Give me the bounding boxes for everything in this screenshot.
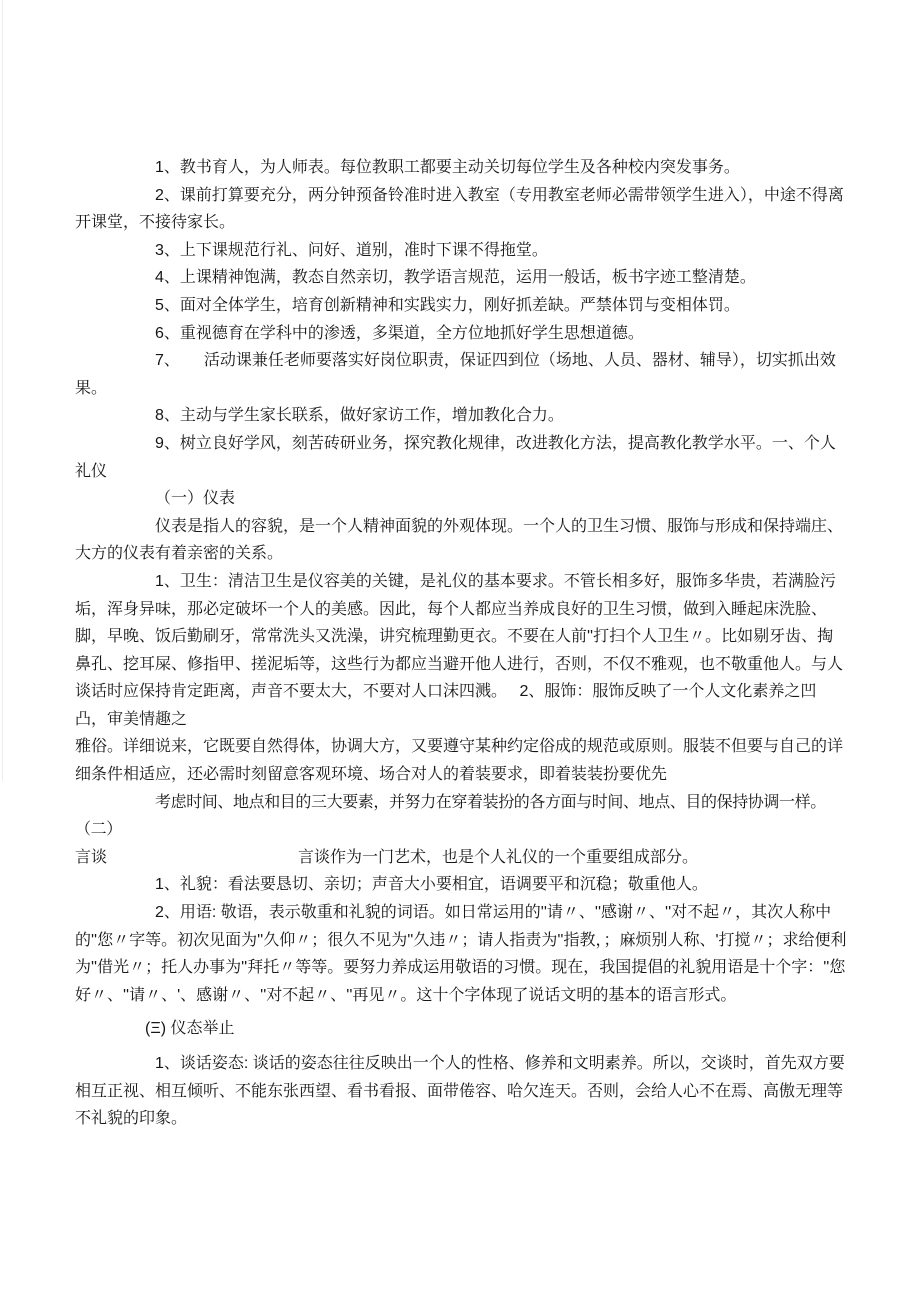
paragraph-dress-continued: 雅俗。详细说来，它既要自然得体，协调大方，又要遵守某种约定俗成的规范或原则。服装…	[75, 733, 847, 788]
talk-label: 言谈	[75, 844, 298, 872]
paragraph-hygiene-dress: 1、卫生：清洁卫生是仪容美的关键，是礼仪的基本要求。不管长相多好，服饰多华贵，若…	[75, 568, 847, 734]
paragraph-talk-intro-line: 言谈言谈作为一门艺术，也是个人礼仪的一个重要组成部分。	[75, 844, 847, 872]
rule-item-5: 5、面对全体学生，培育创新精神和实践实力，刚好抓差缺。严禁体罚与变相体罚。	[75, 292, 847, 320]
rule-item-3: 3、上下课规范行礼、问好、道别，准时下课不得拖堂。	[75, 237, 847, 265]
paragraph-yibiao-intro: 仪表是指人的容貌，是一个人精神面貌的外观体现。一个人的卫生习惯、服饰与形成和保持…	[75, 513, 847, 568]
paragraph-tanhua-zitai: 1、谈话姿态: 谈话的姿态往往反映出一个人的性格、修养和文明素养。所以，交谈时，…	[75, 1050, 847, 1133]
rule-item-1: 1、教书育人，为人师表。每位教职工都要主动关切每位学生及各种校内突发事务。	[75, 154, 847, 182]
rule-item-8: 8、主动与学生家长联系，做好家访工作，增加教化合力。	[75, 402, 847, 430]
paragraph-limao: 1、礼貌：看法要恳切、亲切；声音大小要相宜，语调要平和沉稳；敬重他人。	[75, 871, 847, 899]
talk-intro-text: 言谈作为一门艺术，也是个人礼仪的一个重要组成部分。	[298, 849, 698, 866]
document-page: 1、教书育人，为人师表。每位教职工都要主动关切每位学生及各种校内突发事务。 2、…	[0, 0, 920, 1301]
rule-item-2: 2、课前打算要充分，两分钟预备铃准时进入教室（专用教室老师必需带领学生进入），中…	[75, 182, 847, 237]
document-body: 1、教书育人，为人师表。每位教职工都要主动关切每位学生及各种校内突发事务。 2、…	[75, 154, 847, 1133]
rule-item-7: 7、 活动课兼任老师要落实好岗位职责，保证四到位（场地、人员、器材、辅导），切实…	[75, 347, 847, 402]
rule-item-6: 6、重视德育在学科中的渗透，多渠道，全方位地抓好学生思想道德。	[75, 320, 847, 348]
paragraph-dress-factors: 考虑时间、地点和目的三大要素，并努力在穿着装扮的各方面与时间、地点、目的保持协调…	[75, 789, 847, 844]
paragraph-yongyu: 2、用语: 敬语，表示敬重和礼貌的词语。如日常运用的''请〃、''感谢〃、''对…	[75, 899, 847, 1009]
rule-item-4: 4、上课精神饱满，教态自然亲切，教学语言规范，运用一般话，板书字迹工整清楚。	[75, 264, 847, 292]
rule-item-9: 9、树立良好学风，刻苦砖研业务，探究教化规律，改进教化方法，提高教化教学水平。一…	[75, 430, 847, 485]
section-heading-yitai: (Ξ) 仪态举止	[75, 1015, 847, 1043]
section-heading-yibiao: （一）仪表	[75, 485, 847, 513]
